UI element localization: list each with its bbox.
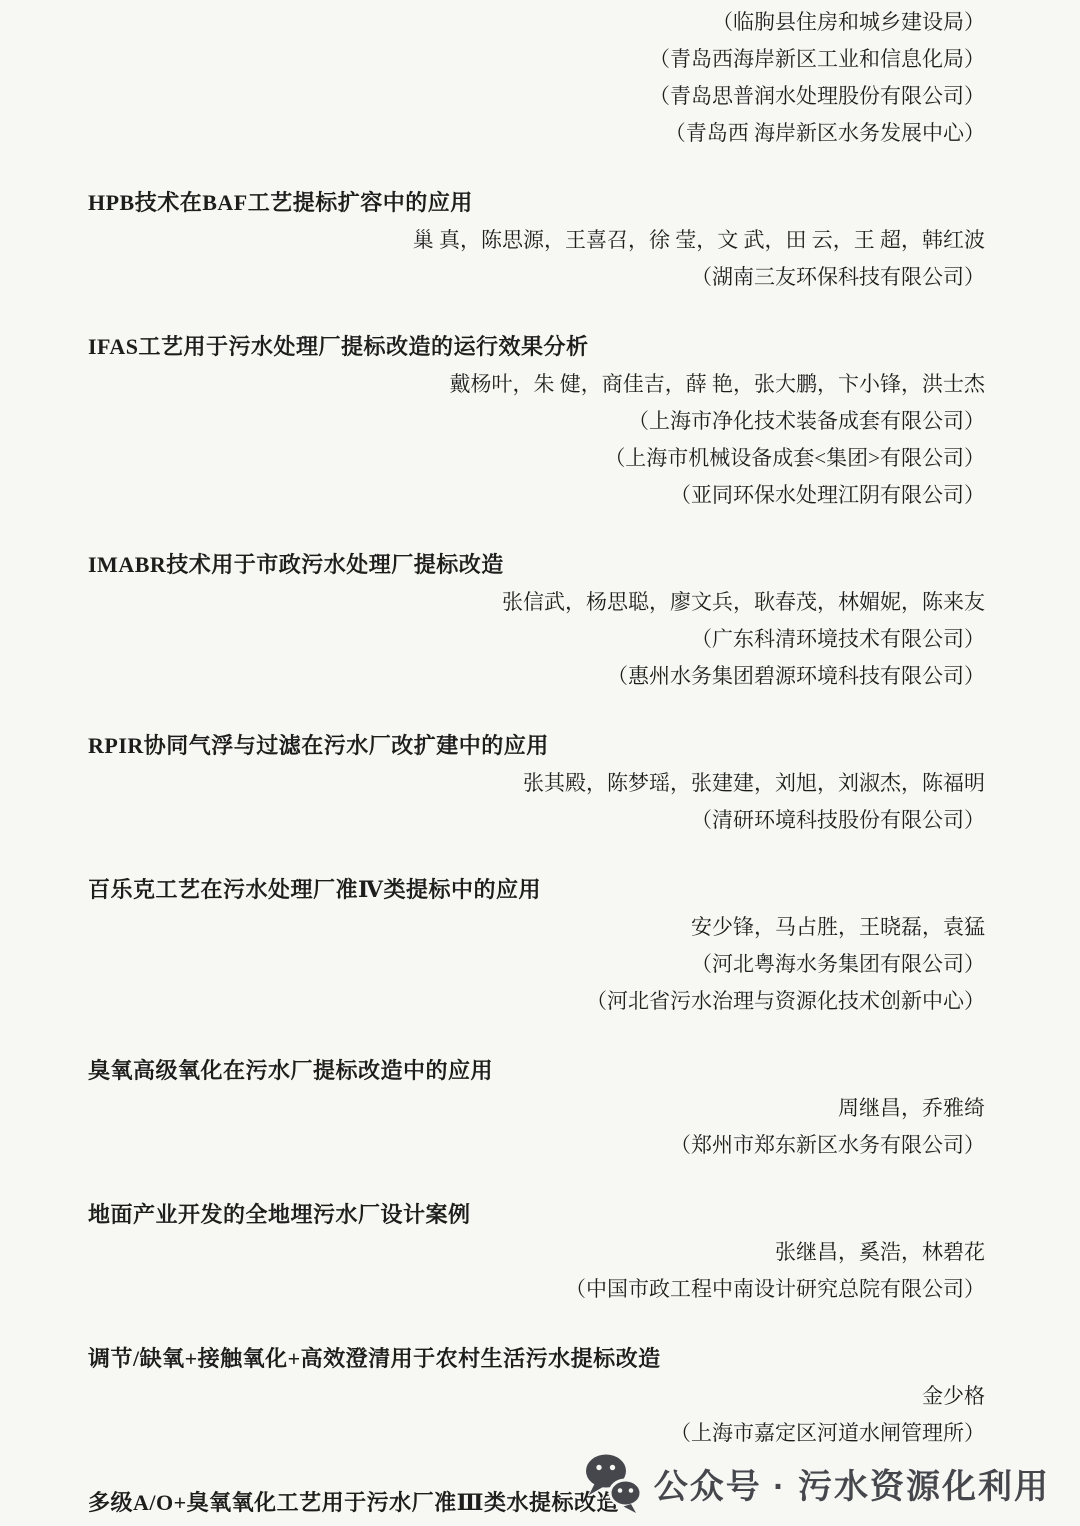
continued-orgs-block: （临朐县住房和城乡建设局） （青岛西海岸新区工业和信息化局） （青岛思普润水处理…: [88, 8, 985, 147]
org-line: （上海市净化技术装备成套有限公司）: [88, 407, 985, 435]
org-line: （临朐县住房和城乡建设局）: [88, 8, 985, 36]
paper-title: 地面产业开发的全地埋污水厂设计案例: [88, 1201, 985, 1229]
org-line: （青岛西海岸新区工业和信息化局）: [88, 45, 985, 73]
org-line: （惠州水务集团碧源环境科技有限公司）: [88, 662, 985, 690]
org-line: （郑州市郑东新区水务有限公司）: [88, 1131, 985, 1159]
paper-section-hpb: HPB技术在BAF工艺提标扩容中的应用 巢 真，陈思源，王喜召，徐 莹，文 武，…: [88, 156, 985, 291]
paper-section-imabr: IMABR技术用于市政污水处理厂提标改造 张信武，杨思聪，廖文兵，耿春茂，林媚妮…: [88, 518, 985, 690]
paper-title: IFAS工艺用于污水处理厂提标改造的运行效果分析: [88, 333, 985, 361]
paper-section-underground-plant: 地面产业开发的全地埋污水厂设计案例 张继昌，奚浩，林碧花 （中国市政工程中南设计…: [88, 1168, 985, 1303]
paper-section-rpir: RPIR协同气浮与过滤在污水厂改扩建中的应用 张其殿，陈梦瑶，张建建，刘旭，刘淑…: [88, 699, 985, 834]
wechat-account-badge: 公众号 · 污水资源化利用: [584, 1452, 1050, 1514]
org-line: （上海市嘉定区河道水闸管理所）: [88, 1419, 985, 1447]
org-line: （亚同环保水处理江阴有限公司）: [88, 481, 985, 509]
org-line: （青岛思普润水处理股份有限公司）: [88, 82, 985, 110]
org-line: （青岛西 海岸新区水务发展中心）: [88, 119, 985, 147]
org-line: （河北粤海水务集团有限公司）: [88, 950, 985, 978]
paper-title: 百乐克工艺在污水处理厂准Ⅳ类提标中的应用: [88, 876, 985, 904]
paper-section-bailekei: 百乐克工艺在污水处理厂准Ⅳ类提标中的应用 安少锋，马占胜，王晓磊，袁猛 （河北粤…: [88, 843, 985, 1015]
paper-section-ozone: 臭氧高级氧化在污水厂提标改造中的应用 周继昌，乔雅绮 （郑州市郑东新区水务有限公…: [88, 1024, 985, 1159]
paper-authors: 巢 真，陈思源，王喜召，徐 莹，文 武，田 云，王 超，韩红波: [88, 226, 985, 254]
paper-section-rural-upgrade: 调节/缺氧+接触氧化+高效澄清用于农村生活污水提标改造 金少格 （上海市嘉定区河…: [88, 1312, 985, 1447]
paper-title: HPB技术在BAF工艺提标扩容中的应用: [88, 189, 985, 217]
paper-authors: 安少锋，马占胜，王晓磊，袁猛: [88, 913, 985, 941]
paper-title: 调节/缺氧+接触氧化+高效澄清用于农村生活污水提标改造: [88, 1345, 985, 1373]
paper-authors: 金少格: [88, 1382, 985, 1410]
paper-authors: 戴杨叶，朱 健，商佳吉，薛 艳，张大鹏，卞小锋，洪士杰: [88, 370, 985, 398]
org-line: （清研环境科技股份有限公司）: [88, 806, 985, 834]
wechat-account-label: 公众号 · 污水资源化利用: [654, 1459, 1050, 1508]
paper-title: RPIR协同气浮与过滤在污水厂改扩建中的应用: [88, 732, 985, 760]
paper-authors: 张其殿，陈梦瑶，张建建，刘旭，刘淑杰，陈福明: [88, 769, 985, 797]
org-line: （中国市政工程中南设计研究总院有限公司）: [88, 1275, 985, 1303]
org-line: （河北省污水治理与资源化技术创新中心）: [88, 987, 985, 1015]
paper-authors: 张继昌，奚浩，林碧花: [88, 1238, 985, 1266]
paper-title: IMABR技术用于市政污水处理厂提标改造: [88, 551, 985, 579]
paper-authors: 周继昌，乔雅绮: [88, 1094, 985, 1122]
paper-authors: 张信武，杨思聪，廖文兵，耿春茂，林媚妮，陈来友: [88, 588, 985, 616]
wechat-icon: [584, 1452, 642, 1514]
paper-section-ifas: IFAS工艺用于污水处理厂提标改造的运行效果分析 戴杨叶，朱 健，商佳吉，薛 艳…: [88, 300, 985, 509]
org-line: （广东科清环境技术有限公司）: [88, 625, 985, 653]
document-page: （临朐县住房和城乡建设局） （青岛西海岸新区工业和信息化局） （青岛思普润水处理…: [0, 0, 1080, 1517]
org-line: （上海市机械设备成套<集团>有限公司）: [88, 444, 985, 472]
paper-title: 臭氧高级氧化在污水厂提标改造中的应用: [88, 1057, 985, 1085]
org-line: （湖南三友环保科技有限公司）: [88, 263, 985, 291]
